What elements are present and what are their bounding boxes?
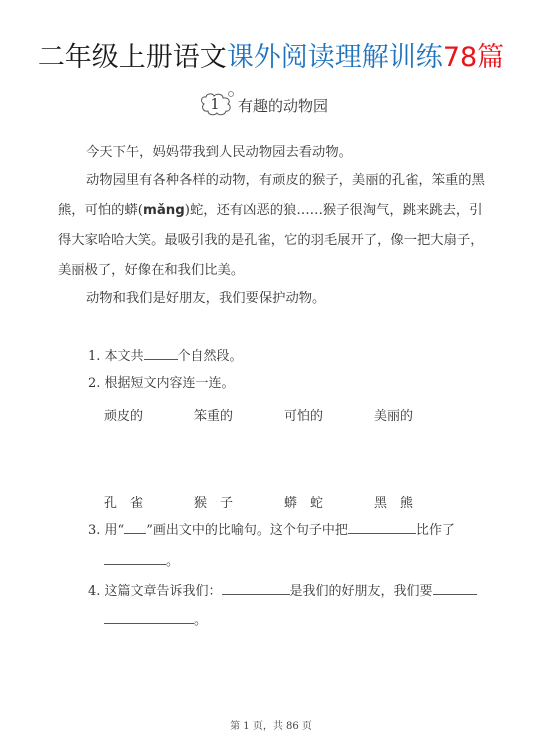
question-text: 。	[166, 554, 179, 569]
page-footer: 第 1 页，共 86 页	[0, 717, 542, 732]
question-text: 1. 本文共	[88, 349, 144, 364]
match-option[interactable]: 蟒 蛇	[284, 492, 323, 511]
passage-paragraph-2: 动物园里有各种各样的动物，有顽皮的猴子，美丽的孔雀，笨重的黑熊，可怕的蟒(mǎn…	[58, 166, 486, 286]
answer-blank[interactable]	[222, 581, 290, 595]
passage-paragraph-3: 动物和我们是好朋友，我们要保护动物。	[58, 284, 486, 314]
section-number: 1	[198, 95, 232, 113]
answer-blank[interactable]	[104, 551, 166, 565]
match-option[interactable]: 猴 子	[194, 492, 233, 511]
question-2: 2. 根据短文内容连一连。	[88, 374, 235, 394]
answer-blank[interactable]	[433, 581, 477, 595]
question-3: 3. 用“”画出文中的比喻句。这个句子中把比作了	[88, 520, 455, 541]
match-option[interactable]: 顽皮的	[104, 405, 143, 424]
question-4-continued: 。	[104, 610, 207, 631]
answer-blank[interactable]	[348, 520, 416, 534]
document-title: 二年级上册语文课外阅读理解训练78篇	[0, 38, 542, 78]
match-option[interactable]: 笨重的	[194, 405, 233, 424]
title-count: 78篇	[443, 42, 504, 73]
section-title: 有趣的动物园	[238, 95, 328, 116]
passage-paragraph-1: 今天下午，妈妈带我到人民动物园去看动物。	[58, 138, 486, 168]
question-3-continued: 。	[104, 551, 179, 572]
answer-blank[interactable]	[144, 346, 178, 360]
question-text: 。	[194, 613, 207, 628]
question-1: 1. 本文共个自然段。	[88, 346, 243, 367]
underline-sample	[124, 520, 146, 534]
match-option[interactable]: 可怕的	[284, 405, 323, 424]
question-text: 是我们的好朋友，我们要	[290, 584, 433, 599]
question-text: ”画出文中的比喻句。这个句子中把	[146, 523, 348, 538]
match-option[interactable]: 美丽的	[374, 405, 413, 424]
answer-blank[interactable]	[104, 610, 194, 624]
question-4: 4. 这篇文章告诉我们：是我们的好朋友，我们要	[88, 581, 477, 602]
title-topic: 课外阅读理解训练	[227, 42, 443, 73]
title-grade: 二年级上册语文	[38, 42, 227, 73]
cloud-icon: 1	[198, 90, 238, 120]
question-text: 4. 这篇文章告诉我们：	[88, 584, 222, 599]
match-option[interactable]: 黑 熊	[374, 492, 413, 511]
section-heading: 1 有趣的动物园	[198, 90, 328, 120]
question-text: 比作了	[416, 523, 455, 538]
pinyin-annotation: mǎng	[143, 203, 185, 218]
question-text: 个自然段。	[178, 349, 243, 364]
match-option[interactable]: 孔 雀	[104, 492, 143, 511]
question-text: 3. 用“	[88, 523, 124, 538]
